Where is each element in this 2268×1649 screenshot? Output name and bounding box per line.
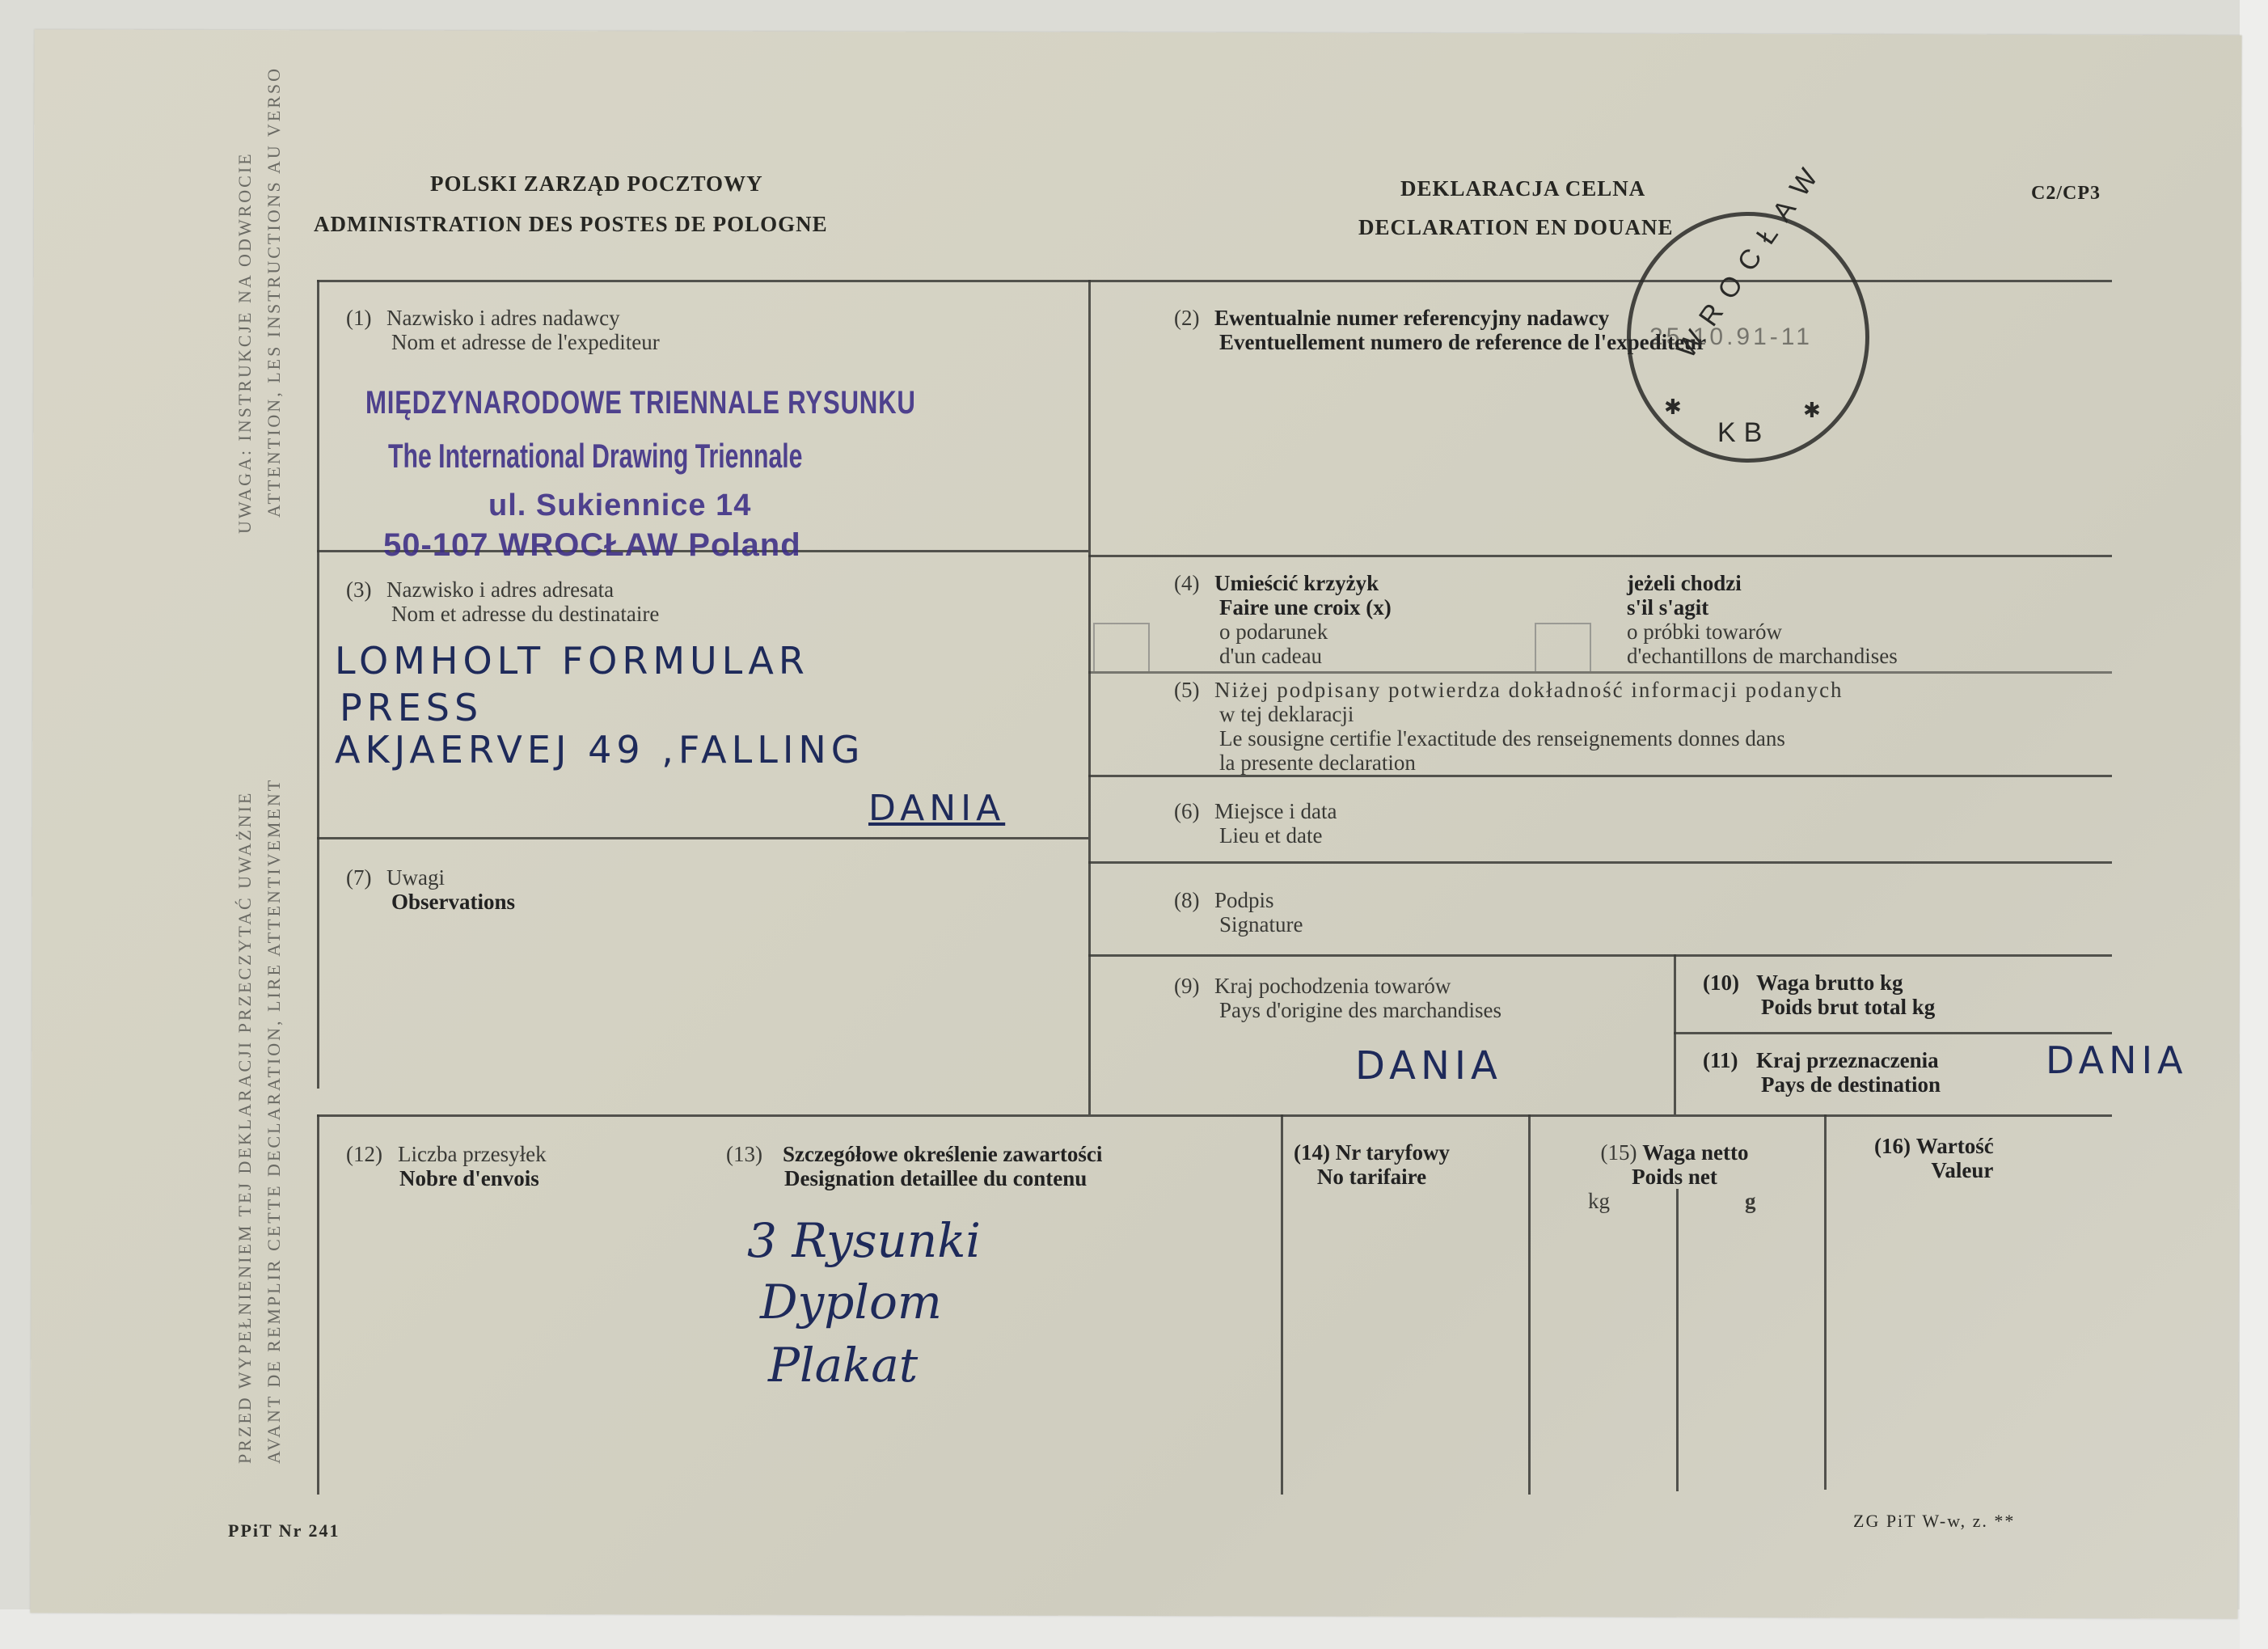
side-instruction-upper-alt: UWAGA: INSTRUKCJE NA ODWROCIE (234, 151, 256, 534)
field-16-label-fr: Valeur (1874, 1158, 1994, 1182)
field-14-number: (14) (1294, 1140, 1330, 1165)
background-edge (2240, 0, 2268, 1649)
field-6-label-fr: Lieu et date (1174, 823, 1337, 848)
field-9-number: (9) (1174, 974, 1214, 998)
field-13-number: (13) (726, 1142, 783, 1166)
contents-line2[interactable]: Dyplom (760, 1271, 942, 1333)
rule-col-15 (1528, 1114, 1531, 1495)
postmark-star-left-icon: ✱ (1664, 395, 1682, 420)
field-14-label-pl: Nr taryfowy (1336, 1140, 1450, 1165)
field-7-number: (7) (346, 865, 386, 890)
field-1-label: (1)Nazwisko i adres nadawcy Nom et adres… (346, 306, 660, 354)
field-5-text-pl-2: w tej deklaracji (1174, 702, 2112, 726)
field-6-label: (6)Miejsce i data Lieu et date (1174, 799, 1337, 848)
field-1-label-fr: Nom et adresse de l'expediteur (346, 330, 660, 354)
field-10-label-fr: Poids brut total kg (1703, 995, 1935, 1019)
field-4-if-fr: s'il s'agit (1627, 595, 1898, 619)
field-4-option-samples-fr: d'echantillons de marchandises (1627, 644, 1898, 668)
contents-line1[interactable]: 3 Rysunki (747, 1210, 981, 1271)
field-3-label-fr: Nom et adresse du destinataire (346, 602, 659, 626)
field-16-label-pl: Wartość (1916, 1134, 1994, 1158)
field-6-label-pl: Miejsce i data (1214, 799, 1337, 823)
field-4-label-pl: Umieścić krzyżyk (1214, 571, 1379, 595)
postmark-bottom-text: KB (1717, 417, 1770, 449)
rule-f10-f11 (1674, 1032, 2112, 1034)
field-4-option-gift-fr: d'un cadeau (1174, 644, 1392, 668)
rule-f5-f6 (1088, 775, 2112, 777)
field-10-label: (10)Waga brutto kg Poids brut total kg (1703, 970, 1935, 1019)
field-4-option-gift-pl: o podarunek (1174, 619, 1392, 644)
field-11-label-fr: Pays de destination (1703, 1072, 1941, 1097)
field-7-label-fr: Observations (346, 890, 515, 914)
recipient-line3[interactable]: AKJAERVEJ 49 ,FALLING (335, 728, 864, 772)
rule-col-14 (1281, 1114, 1283, 1495)
field-12-label-pl: Liczba przesyłek (398, 1142, 547, 1166)
field-12-number: (12) (346, 1142, 398, 1166)
field-11-label: (11)Kraj przeznaczenia Pays de destinati… (1703, 1048, 1941, 1097)
side-instruction-upper: ATTENTION, LES INSTRUCTIONS AU VERSO (264, 66, 285, 518)
field-2-number: (2) (1174, 306, 1214, 330)
rule-col-15-kg-g (1676, 1189, 1679, 1491)
field-5-text-pl-1: Niżej podpisany potwierdza dokładność in… (1214, 678, 1844, 702)
rule-left-upper (317, 280, 319, 1089)
customs-declaration-form (30, 29, 2241, 1618)
field-5-text-fr-2: la presente declaration (1174, 751, 2112, 775)
field-8-label: (8)Podpis Signature (1174, 888, 1303, 937)
header-postal-admin-fr: ADMINISTRATION DES POSTES DE POLOGNE (314, 212, 828, 237)
form-code: C2/CP3 (2031, 183, 2101, 205)
field-5-label: (5)Niżej podpisany potwierdza dokładność… (1174, 678, 2112, 775)
field-8-label-pl: Podpis (1214, 888, 1274, 912)
field-4-label: (4)Umieścić krzyżyk Faire une croix (x) … (1174, 571, 1392, 668)
header-polish-postal: POLSKI ZARZĄD POCZTOWY (430, 171, 763, 197)
rule-f4-f5 (1088, 671, 2112, 674)
sender-stamp-line3: ul. Sukiennice 14 (488, 488, 751, 523)
rule-f2-f4 (1088, 555, 2112, 557)
field-11-number: (11) (1703, 1048, 1756, 1072)
field-12-label-fr: Nobre d'envois (346, 1166, 547, 1190)
field-12-label: (12)Liczba przesyłek Nobre d'envois (346, 1142, 547, 1190)
field-15-label-fr: Poids net (1565, 1165, 1784, 1189)
field-3-label: (3)Nazwisko i adres adresata Nom et adre… (346, 577, 659, 626)
destination-country-value[interactable]: DANIA (2046, 1038, 2188, 1082)
field-14-label-fr: No tarifaire (1294, 1165, 1450, 1189)
field-16-number: (16) (1874, 1134, 1911, 1158)
recipient-line1[interactable]: LOMHOLT FORMULAR (335, 639, 809, 683)
gift-checkbox[interactable] (1093, 623, 1150, 671)
header-declaration-pl: DEKLARACJA CELNA (1400, 176, 1645, 201)
field-3-number: (3) (346, 577, 386, 602)
field-9-label: (9)Kraj pochodzenia towarów Pays d'origi… (1174, 974, 1501, 1022)
field-10-number: (10) (1703, 970, 1756, 995)
field-5-number: (5) (1174, 678, 1214, 702)
field-1-number: (1) (346, 306, 386, 330)
field-2-label-pl: Ewentualnie numer referencyjny nadawcy (1214, 306, 1609, 330)
field-8-number: (8) (1174, 888, 1214, 912)
footer-form-number: PPiT Nr 241 (228, 1520, 340, 1541)
rule-f6-f8 (1088, 861, 2112, 864)
rule-col-16 (1824, 1114, 1827, 1490)
rule-center (1088, 280, 1091, 1114)
contents-line3[interactable]: Plakat (768, 1334, 918, 1396)
field-9-label-fr: Pays d'origine des marchandises (1174, 998, 1501, 1022)
field-4-if-pl: jeżeli chodzi (1627, 571, 1898, 595)
field-1-label-pl: Nazwisko i adres nadawcy (386, 306, 620, 330)
samples-checkbox[interactable] (1535, 623, 1591, 671)
origin-country-value[interactable]: DANIA (1355, 1043, 1502, 1089)
postmark-date: 25.10.91-11 (1649, 323, 1813, 351)
field-13-label: (13)Szczegółowe określenie zawartości De… (726, 1142, 1102, 1190)
postmark-star-right-icon: ✱ (1803, 398, 1821, 423)
field-4-label-right: jeżeli chodzi s'il s'agit o próbki towar… (1627, 571, 1898, 668)
field-7-label-pl: Uwagi (386, 865, 445, 890)
sender-stamp-line4: 50-107 WROCŁAW Poland (383, 527, 801, 564)
field-16-label: (16) Wartość Valeur (1874, 1134, 1994, 1182)
recipient-line2[interactable]: PRESS (340, 686, 483, 729)
field-13-label-fr: Designation detaillee du contenu (726, 1166, 1102, 1190)
side-instruction-lower: AVANT DE REMPLIR CETTE DECLARATION, LIRE… (264, 778, 285, 1464)
recipient-line4[interactable]: DANIA (868, 788, 1005, 829)
rule-left-lower (317, 1114, 319, 1495)
field-11-label-pl: Kraj przeznaczenia (1756, 1048, 1939, 1072)
rule-f9-f10 (1674, 954, 1676, 1114)
field-5-text-fr-1: Le sousigne certifie l'exactitude des re… (1174, 726, 2112, 751)
side-instruction-lower-alt: PRZED WYPEŁNIENIEM TEJ DEKLARACJI PRZECZ… (234, 791, 256, 1464)
net-weight-kg-unit: kg (1588, 1189, 1610, 1213)
field-9-label-pl: Kraj pochodzenia towarów (1214, 974, 1451, 998)
net-weight-g-unit: g (1745, 1189, 1756, 1213)
rule-table-top (317, 1114, 2112, 1117)
field-8-label-fr: Signature (1174, 912, 1303, 937)
field-4-number: (4) (1174, 571, 1214, 595)
sender-stamp-line2: The International Drawing Triennale (388, 437, 802, 476)
field-3-label-pl: Nazwisko i adres adresata (386, 577, 614, 602)
field-4-option-samples-pl: o próbki towarów (1627, 619, 1898, 644)
field-4-label-fr: Faire une croix (x) (1174, 595, 1392, 619)
field-15-number: (15) (1601, 1140, 1637, 1165)
footer-printer-code: ZG PiT W-w, z. ** (1853, 1511, 2015, 1532)
field-7-label: (7)Uwagi Observations (346, 865, 515, 914)
header-declaration-fr: DECLARATION EN DOUANE (1358, 215, 1674, 240)
field-14-label: (14) Nr taryfowy No tarifaire (1294, 1140, 1450, 1189)
field-15-label-pl: Waga netto (1642, 1140, 1748, 1165)
rule-f8-f9 (1088, 954, 2112, 957)
field-13-label-pl: Szczegółowe określenie zawartości (783, 1142, 1102, 1166)
rule-f3-f7 (317, 837, 1088, 839)
field-10-label-pl: Waga brutto kg (1756, 970, 1903, 995)
field-15-label: (15) Waga netto Poids net (1565, 1140, 1784, 1189)
sender-stamp-line1: MIĘDZYNARODOWE TRIENNALE RYSUNKU (365, 385, 916, 421)
field-6-number: (6) (1174, 799, 1214, 823)
